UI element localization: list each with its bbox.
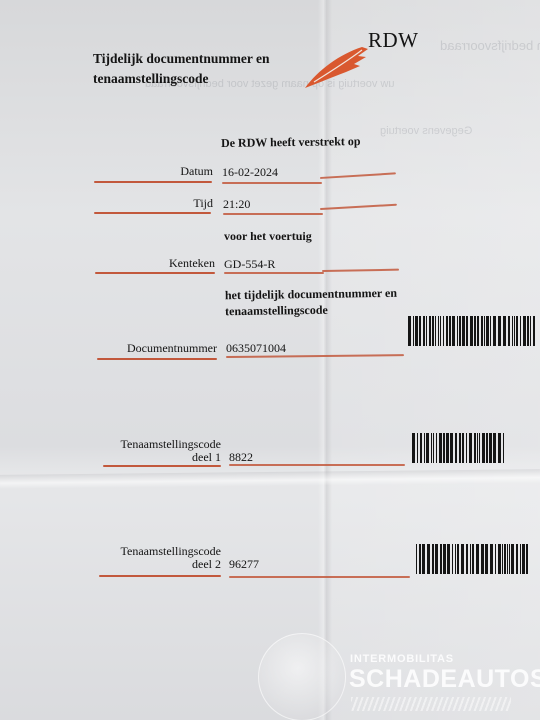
deel1-barcode (412, 433, 507, 463)
section-issued: De RDW heeft verstrekt op (221, 133, 361, 151)
section-codes: het tijdelijk documentnummer en tenaamst… (225, 285, 398, 319)
tijd-value-underline (223, 213, 323, 215)
rdw-logo-text: RDW (368, 28, 419, 53)
document-title: Tijdelijk documentnummer en tenaamstelli… (93, 49, 270, 89)
datum-value-underline (222, 182, 322, 184)
bleed-through-text: Gegevens voertuig (380, 125, 472, 137)
document-sheet: naam in bedrijfsvoorraad uw voertuig is … (0, 0, 540, 720)
deel1-value: 8822 (229, 450, 253, 465)
kenteken-value-underline (224, 272, 324, 274)
datum-value: 16-02-2024 (222, 165, 278, 180)
kenteken-label: Kenteken (120, 257, 215, 270)
datum-label: Datum (120, 165, 213, 178)
kenteken-value: GD-554-R (224, 257, 275, 272)
section-vehicle: voor het voertuig (224, 228, 312, 244)
deel2-label: Tenaamstellingscode deel 2 (100, 545, 221, 571)
deel2-barcode (416, 544, 532, 574)
datum-label-underline (94, 181, 212, 183)
tijd-value: 21:20 (223, 197, 250, 212)
documentnummer-value: 0635071004 (226, 341, 286, 356)
deel1-label: Tenaamstellingscode deel 1 (100, 438, 221, 464)
vertical-fold (318, 0, 332, 720)
documentnummer-barcode (408, 316, 540, 346)
deel1-label-underline (103, 465, 221, 467)
documentnummer-label: Documentnummer (100, 342, 217, 355)
deel2-value: 96277 (229, 557, 259, 572)
tire-tread-icon (351, 697, 511, 711)
deel2-label-underline (99, 575, 221, 577)
deel1-value-underline (229, 464, 405, 466)
bleed-through-text: naam in bedrijfsvoorraad (440, 38, 540, 53)
tijd-label-underline (94, 212, 211, 214)
documentnummer-label-underline (97, 358, 217, 360)
schadeautos-watermark: INTERMOBILITAS SCHADEAUTOS.NL (258, 633, 540, 720)
kenteken-label-underline (95, 272, 215, 274)
globe-icon (258, 633, 346, 720)
tijd-label: Tijd (120, 197, 213, 210)
deel2-value-underline (229, 576, 410, 578)
